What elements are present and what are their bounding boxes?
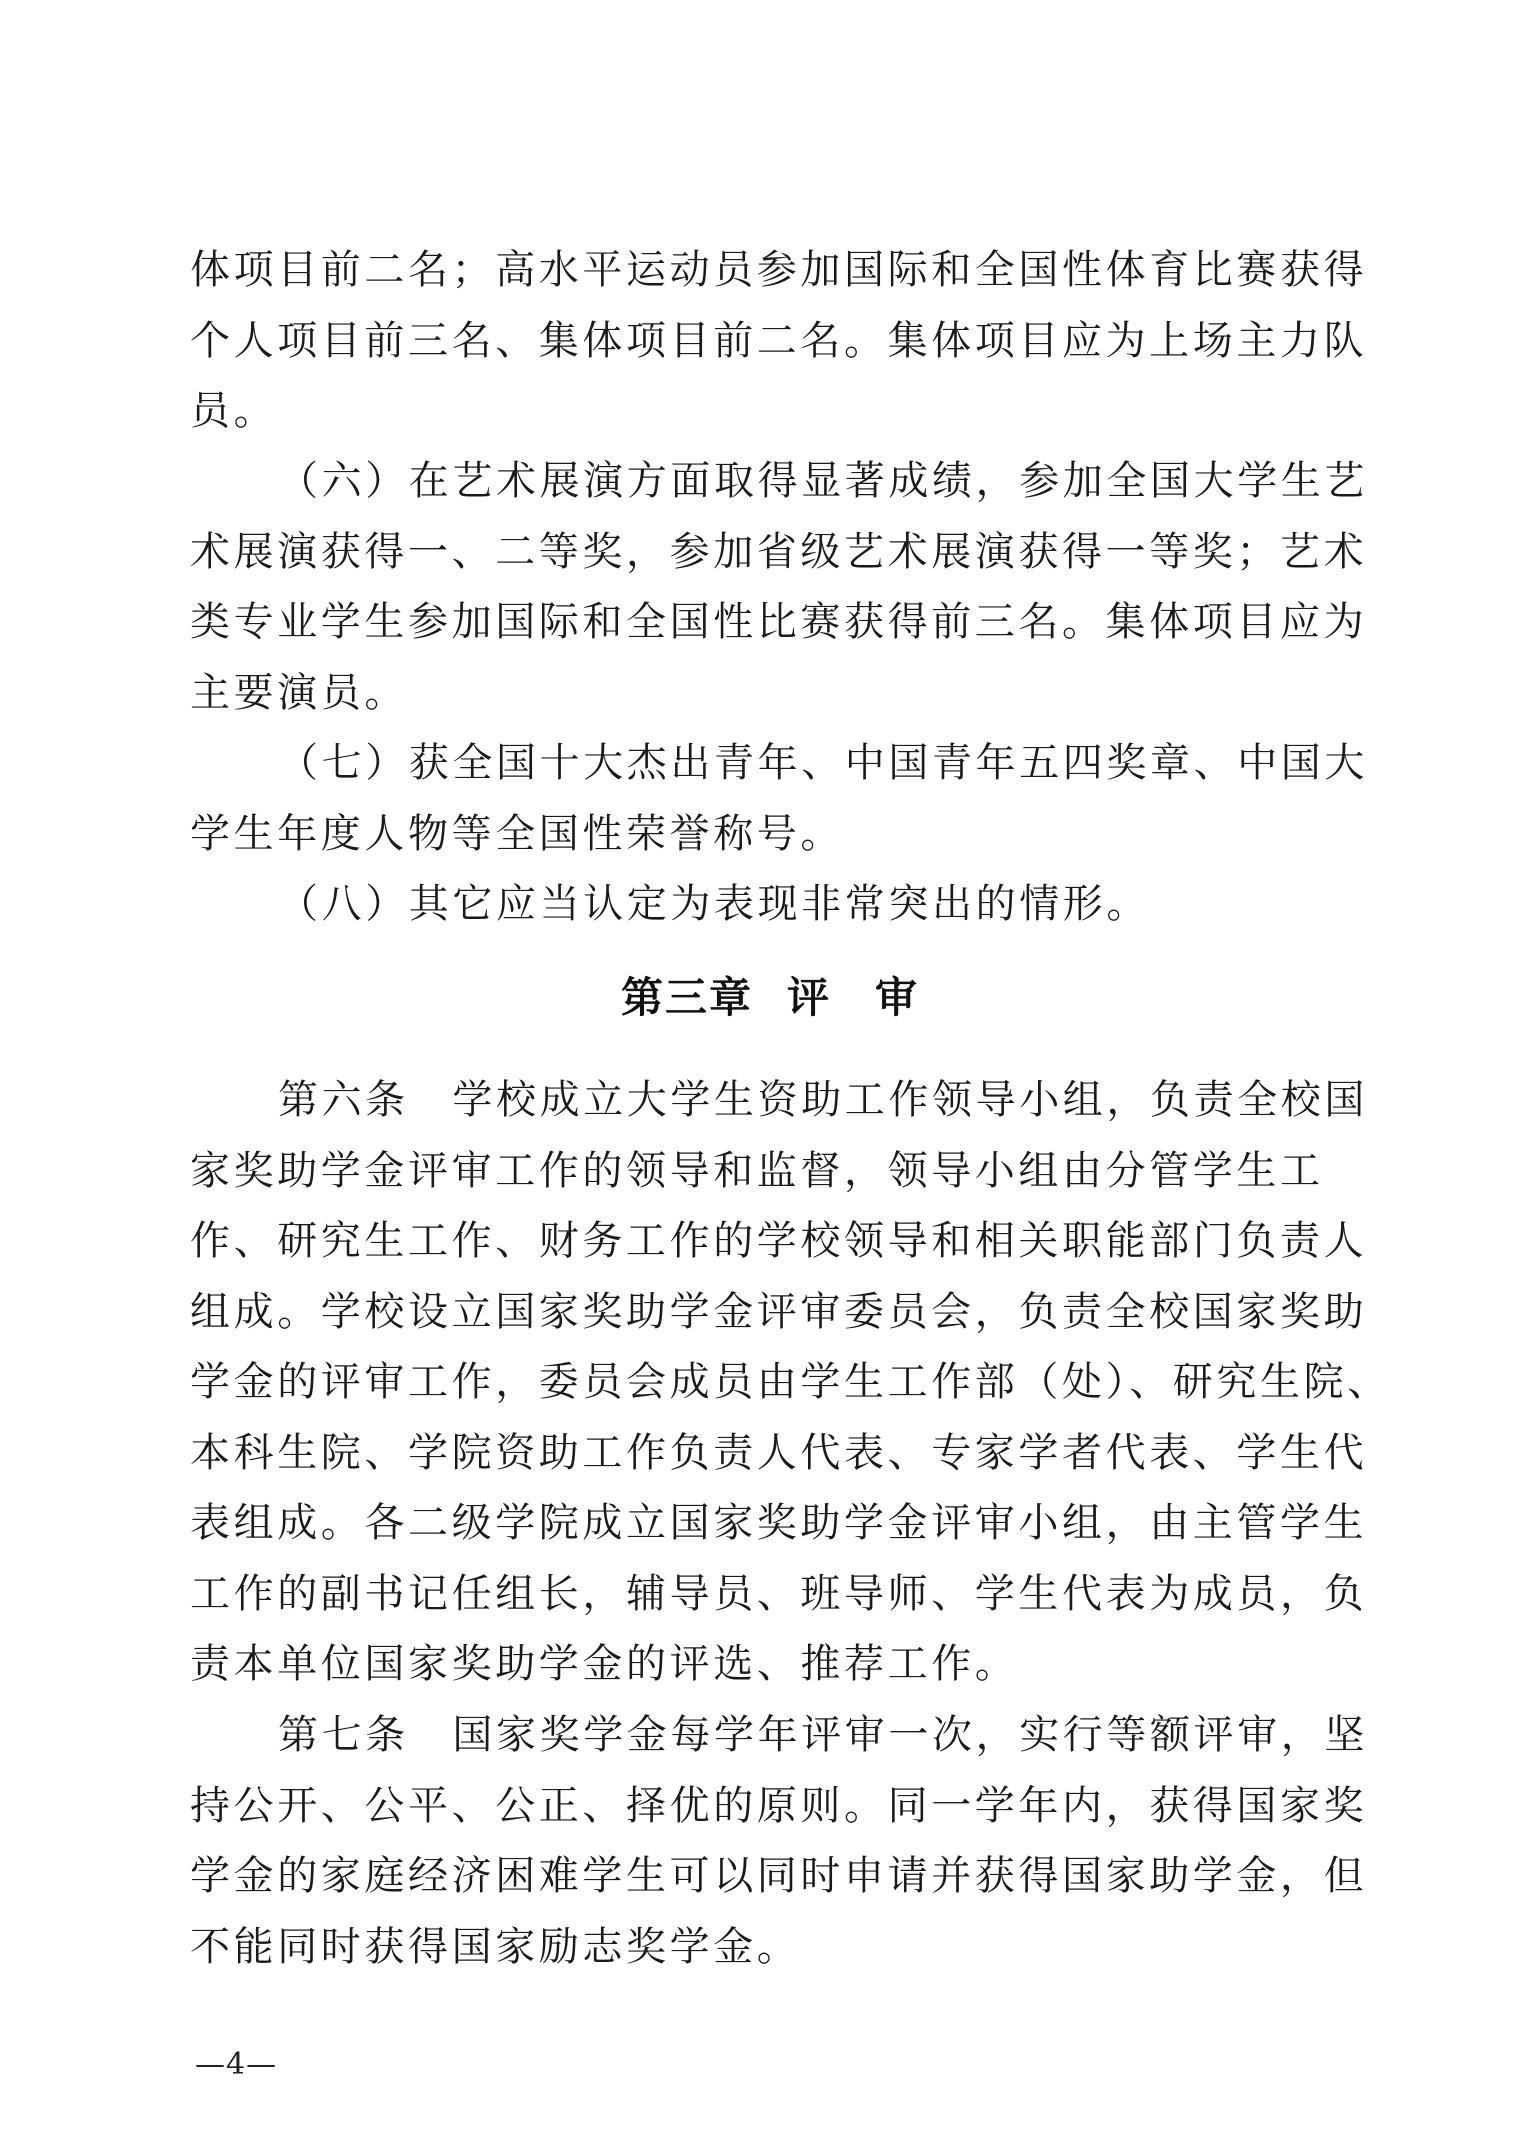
text-line: 类专业学生参加国际和全国性比赛获得前三名。集体项目应为 — [190, 587, 1320, 658]
text-line: 作、研究生工作、财务工作的学校领导和相关职能部门负责人 — [190, 1206, 1320, 1277]
text-line: 持公开、公平、公正、择优的原则。同一学年内，获得国家奖 — [190, 1771, 1320, 1842]
paragraph-item-seven: （七）获全国十大杰出青年、中国青年五四奖章、中国大 学生年度人物等全国性荣誉称号… — [190, 728, 1320, 869]
article-six: 第六条 学校成立大学生资助工作领导小组，负责全校国 家奖助学金评审工作的领导和监… — [190, 1065, 1320, 1700]
text-line: 家奖助学金评审工作的领导和监督，领导小组由分管学生工 — [190, 1136, 1320, 1207]
text-line: 学生年度人物等全国性荣誉称号。 — [190, 799, 1320, 870]
text-line: 不能同时获得国家励志奖学金。 — [190, 1912, 1320, 1983]
text-line: 组成。学校设立国家奖助学金评审委员会，负责全校国家奖助 — [190, 1277, 1320, 1348]
text-line: 个人项目前三名、集体项目前二名。集体项目应为上场主力队 — [190, 306, 1320, 377]
text-line: 体项目前二名；高水平运动员参加国际和全国性体育比赛获得 — [190, 235, 1320, 306]
text-line: 员。 — [190, 376, 1320, 447]
text-line: （七）获全国十大杰出青年、中国青年五四奖章、中国大 — [190, 728, 1320, 799]
paragraph-item-eight: （八）其它应当认定为表现非常突出的情形。 — [190, 869, 1320, 940]
chapter-title: 评 审 — [787, 973, 919, 1022]
text-line: 学金的评审工作，委员会成员由学生工作部（处）、研究生院、 — [190, 1347, 1320, 1418]
text-line: 学金的家庭经济困难学生可以同时申请并获得国家助学金，但 — [190, 1841, 1320, 1912]
article-seven: 第七条 国家奖学金每学年评审一次，实行等额评审，坚 持公开、公平、公正、择优的原… — [190, 1700, 1320, 1982]
paragraph-item-six: （六）在艺术展演方面取得显著成绩，参加全国大学生艺 术展演获得一、二等奖，参加省… — [190, 446, 1320, 728]
page-number: —4— — [195, 2047, 277, 2082]
text-line: 责本单位国家奖助学金的评选、推荐工作。 — [190, 1629, 1320, 1700]
text-line: 第六条 学校成立大学生资助工作领导小组，负责全校国 — [190, 1065, 1320, 1136]
chapter-number: 第三章 — [621, 973, 753, 1022]
paragraph-item-five-continuation: 体项目前二名；高水平运动员参加国际和全国性体育比赛获得 个人项目前三名、集体项目… — [190, 235, 1320, 447]
text-line: 第七条 国家奖学金每学年评审一次，实行等额评审，坚 — [190, 1700, 1320, 1771]
text-line: 工作的副书记任组长，辅导员、班导师、学生代表为成员，负 — [190, 1559, 1320, 1630]
text-line: 表组成。各二级学院成立国家奖助学金评审小组，由主管学生 — [190, 1488, 1320, 1559]
chapter-heading: 第三章评 审 — [0, 965, 1540, 1025]
document-page: 体项目前二名；高水平运动员参加国际和全国性体育比赛获得 个人项目前三名、集体项目… — [0, 0, 1540, 2155]
text-line: （六）在艺术展演方面取得显著成绩，参加全国大学生艺 — [190, 446, 1320, 517]
text-line: 主要演员。 — [190, 658, 1320, 729]
text-line: （八）其它应当认定为表现非常突出的情形。 — [190, 869, 1320, 940]
text-line: 本科生院、学院资助工作负责人代表、专家学者代表、学生代 — [190, 1418, 1320, 1489]
text-line: 术展演获得一、二等奖，参加省级艺术展演获得一等奖；艺术 — [190, 517, 1320, 588]
